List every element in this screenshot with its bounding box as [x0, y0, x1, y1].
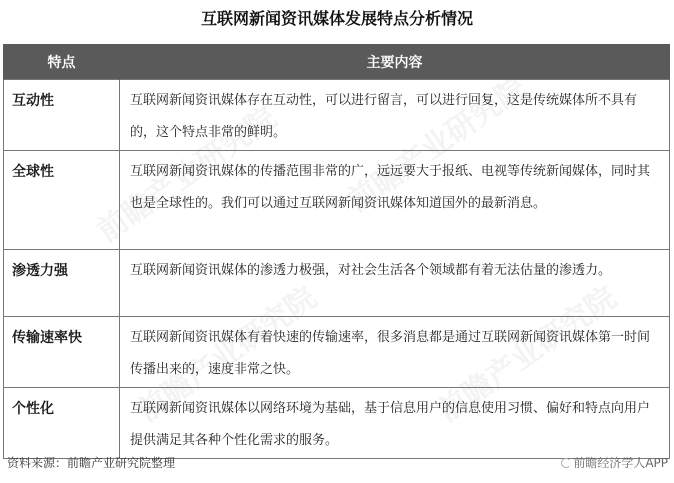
- table-row: 个性化 互联网新闻资讯媒体以网络环境为基础，基于信息用户的信息使用习惯、偏好和特…: [4, 388, 670, 459]
- source-note: 资料来源：前瞻产业研究院整理: [7, 454, 175, 471]
- content-cell: 互联网新闻资讯媒体有着快速的传输速率，很多消息都是通过互联网新闻资讯媒体第一时间…: [120, 317, 670, 388]
- content-cell: 互联网新闻资讯媒体的传播范围非常的广，远远要大于报纸、电视等传统新闻媒体，同时其…: [120, 151, 670, 250]
- qianzhan-logo-icon: [561, 458, 571, 468]
- table-row: 传输速率快 互联网新闻资讯媒体有着快速的传输速率，很多消息都是通过互联网新闻资讯…: [4, 317, 670, 388]
- column-header-feature: 特点: [4, 44, 120, 80]
- table-header-row: 特点 主要内容: [4, 44, 670, 80]
- content-cell: 互联网新闻资讯媒体存在互动性，可以进行留言，可以进行回复，这是传统媒体所不具有的…: [120, 80, 670, 151]
- content-cell: 互联网新闻资讯媒体的渗透力极强，对社会生活各个领域都有着无法估量的渗透力。: [120, 250, 670, 317]
- feature-cell: 互动性: [4, 80, 120, 151]
- app-credit-label: 前瞻经济学人APP: [573, 454, 668, 471]
- page-title: 互联网新闻资讯媒体发展特点分析情况: [0, 6, 674, 29]
- app-credit: 前瞻经济学人APP: [561, 454, 668, 471]
- column-header-content: 主要内容: [120, 44, 670, 80]
- content-cell: 互联网新闻资讯媒体以网络环境为基础，基于信息用户的信息使用习惯、偏好和特点向用户…: [120, 388, 670, 459]
- features-table: 特点 主要内容 互动性 互联网新闻资讯媒体存在互动性，可以进行留言，可以进行回复…: [3, 44, 670, 459]
- feature-cell: 个性化: [4, 388, 120, 459]
- table-row: 全球性 互联网新闻资讯媒体的传播范围非常的广，远远要大于报纸、电视等传统新闻媒体…: [4, 151, 670, 250]
- feature-cell: 全球性: [4, 151, 120, 250]
- feature-cell: 传输速率快: [4, 317, 120, 388]
- table-row: 互动性 互联网新闻资讯媒体存在互动性，可以进行留言，可以进行回复，这是传统媒体所…: [4, 80, 670, 151]
- table-row: 渗透力强 互联网新闻资讯媒体的渗透力极强，对社会生活各个领域都有着无法估量的渗透…: [4, 250, 670, 317]
- feature-cell: 渗透力强: [4, 250, 120, 317]
